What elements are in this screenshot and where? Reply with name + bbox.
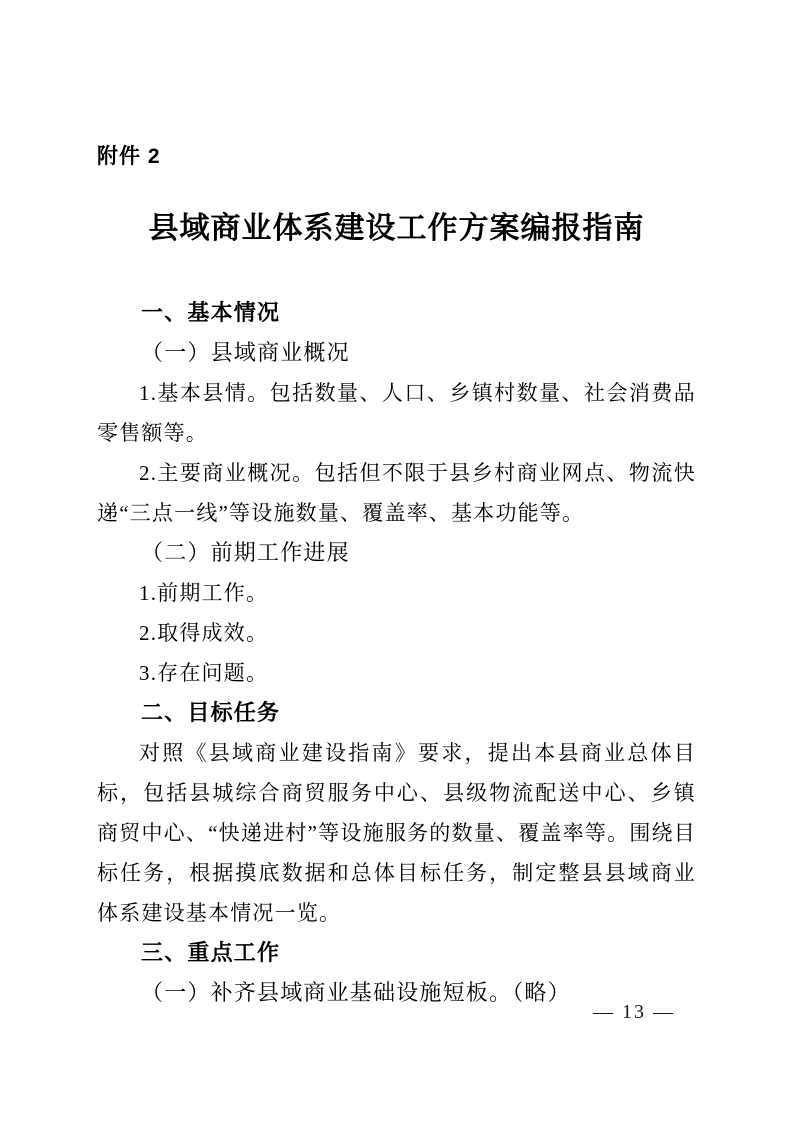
document-page: 附件 2 县域商业体系建设工作方案编报指南 一、基本情况 （一）县域商业概况 1…: [0, 0, 793, 1122]
document-body: 一、基本情况 （一）县域商业概况 1.基本县情。包括数量、人口、乡镇村数量、社会…: [97, 293, 696, 1013]
section-1-sub-1-heading: （一）县域商业概况: [97, 333, 696, 373]
page-number: — 13 —: [593, 1001, 675, 1024]
section-1-list-item-2: 2.取得成效。: [97, 613, 696, 653]
section-2-heading: 二、目标任务: [97, 693, 696, 733]
section-3-heading: 三、重点工作: [97, 933, 696, 973]
attachment-label: 附件 2: [97, 140, 161, 170]
section-1-list-item-3: 3.存在问题。: [97, 653, 696, 693]
section-1-heading: 一、基本情况: [97, 293, 696, 333]
section-1-list-item-1: 1.前期工作。: [97, 573, 696, 613]
section-2-paragraph-1: 对照《县域商业建设指南》要求，提出本县商业总体目标，包括县城综合商贸服务中心、县…: [97, 733, 696, 933]
section-1-sub-2-heading: （二）前期工作进展: [97, 533, 696, 573]
section-1-paragraph-2: 2.主要商业概况。包括但不限于县乡村商业网点、物流快递“三点一线”等设施数量、覆…: [97, 453, 696, 533]
section-1-paragraph-1: 1.基本县情。包括数量、人口、乡镇村数量、社会消费品零售额等。: [97, 373, 696, 453]
document-title: 县域商业体系建设工作方案编报指南: [0, 203, 793, 247]
